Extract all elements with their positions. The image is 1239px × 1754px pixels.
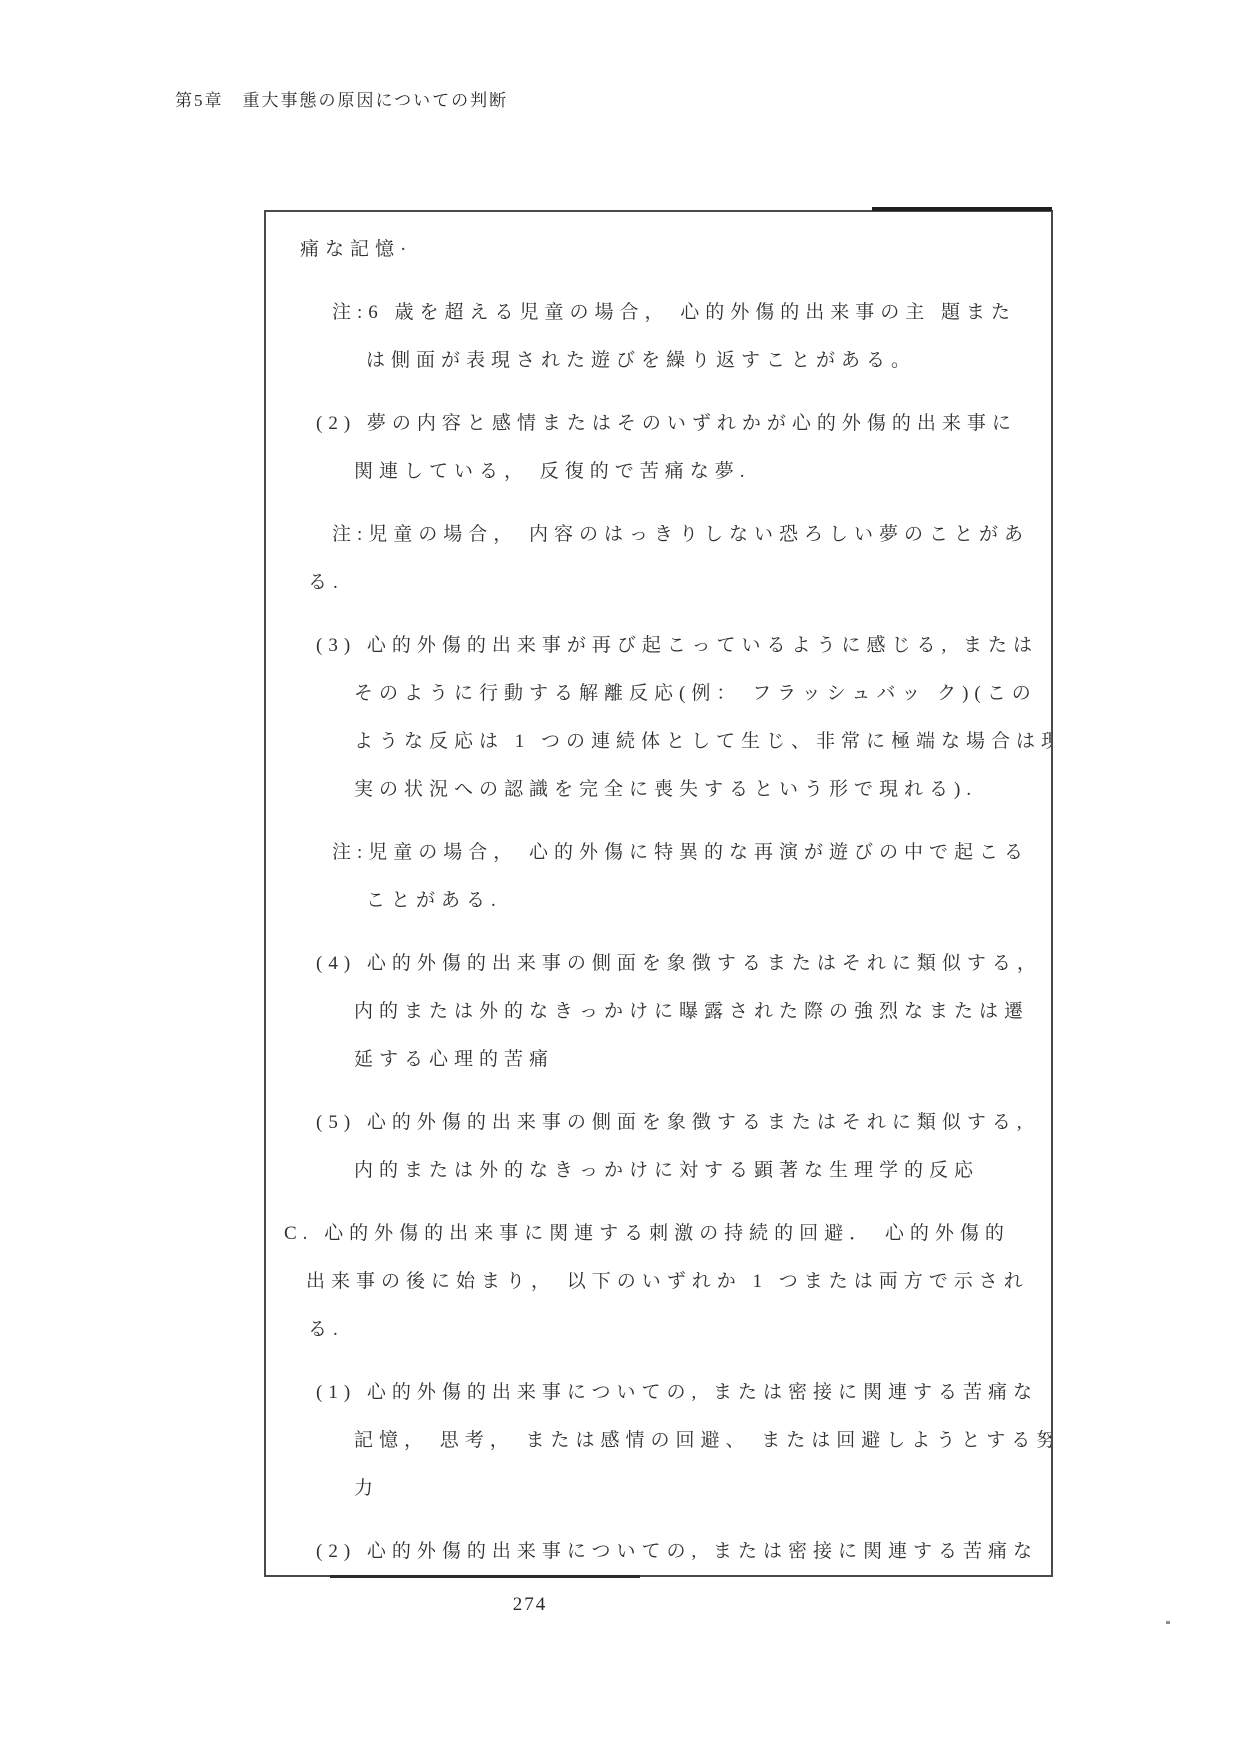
text-line: 関連している， 反復的で苦痛な夢. <box>266 448 1033 496</box>
text-line: 注:児童の場合， 内容のはっきりしない恐ろしい夢のことがあ <box>266 511 1033 559</box>
text-line: 内的または外的なきっかけに曝露された際の強烈なまたは遷 <box>266 988 1033 1036</box>
text-line: は側面が表現された遊びを繰り返すことがある。 <box>266 337 1033 385</box>
text-line: (3) 心的外傷的出来事が再び起こっているように感じる, または <box>266 622 1033 670</box>
text-line: (4) 心的外傷的出来事の側面を象徴するまたはそれに類似する， <box>266 940 1033 988</box>
text-line: (2) 夢の内容と感情またはそのいずれかが心的外傷的出来事に <box>266 400 1033 448</box>
paragraph: (2) 心的外傷的出来事についての, または密接に関連する苦痛な <box>266 1528 1033 1576</box>
paragraph: 痛な記憶· <box>266 226 1033 274</box>
paragraph: (5) 心的外傷的出来事の側面を象徴するまたはそれに類似する,内的または外的なき… <box>266 1099 1033 1195</box>
paragraph: (4) 心的外傷的出来事の側面を象徴するまたはそれに類似する，内的または外的なき… <box>266 940 1033 1084</box>
paragraph: C. 心的外傷的出来事に関連する刺激の持続的回避． 心的外傷的出来事の後に始まり… <box>266 1210 1033 1354</box>
text-line: (2) 心的外傷的出来事についての, または密接に関連する苦痛な <box>266 1528 1033 1576</box>
paragraph: 注:児童の場合， 心的外傷に特異的な再演が遊びの中で起こることがある. <box>266 829 1033 925</box>
text-line: 内的または外的なきっかけに対する顕著な生理学的反応 <box>266 1147 1033 1195</box>
paragraph: 注:6 歳を超える児童の場合， 心的外傷的出来事の主 題または側面が表現された遊… <box>266 289 1033 385</box>
text-line: 記憶， 思考， または感情の回避、 または回避しようとする努 <box>266 1417 1033 1465</box>
text-line: る. <box>266 559 1033 607</box>
text-line: る. <box>266 1306 1033 1354</box>
scan-artifact-bottom-border <box>330 1575 640 1578</box>
paragraph: (1) 心的外傷的出来事についての, または密接に関連する苦痛な記憶， 思考， … <box>266 1369 1033 1513</box>
text-line: 出来事の後に始まり， 以下のいずれか 1 つまたは両方で示され <box>266 1258 1033 1306</box>
scan-artifact-dot <box>1166 1621 1170 1624</box>
paragraph: (3) 心的外傷的出来事が再び起こっているように感じる, またはそのように行動す… <box>266 622 1033 814</box>
criteria-box: 痛な記憶·注:6 歳を超える児童の場合， 心的外傷的出来事の主 題または側面が表… <box>264 210 1053 1577</box>
paragraph: 注:児童の場合， 内容のはっきりしない恐ろしい夢のことがある. <box>266 511 1033 607</box>
text-line: ことがある. <box>266 877 1033 925</box>
text-line: C. 心的外傷的出来事に関連する刺激の持続的回避． 心的外傷的 <box>266 1210 1033 1258</box>
text-line: 実の状況への認識を完全に喪失するという形で現れる). <box>266 766 1033 814</box>
text-line: 力 <box>266 1465 1033 1513</box>
running-header: 第5章 重大事態の原因についての判断 <box>175 86 508 111</box>
text-line: そのように行動する解離反応(例： フラッシュバッ ク)(この <box>266 670 1033 718</box>
text-line: 延する心理的苦痛 <box>266 1036 1033 1084</box>
text-line: ような反応は 1 つの連続体として生じ、非常に極端な場合は現 <box>266 718 1033 766</box>
paragraph: (2) 夢の内容と感情またはそのいずれかが心的外傷的出来事に関連している， 反復… <box>266 400 1033 496</box>
text-line: 注:児童の場合， 心的外傷に特異的な再演が遊びの中で起こる <box>266 829 1033 877</box>
text-line: (1) 心的外傷的出来事についての, または密接に関連する苦痛な <box>266 1369 1033 1417</box>
scan-artifact-top-border <box>872 207 1052 211</box>
page-number: 274 <box>480 1594 580 1616</box>
text-line: 痛な記憶· <box>266 226 1033 274</box>
text-line: 注:6 歳を超える児童の場合， 心的外傷的出来事の主 題また <box>266 289 1033 337</box>
criteria-text: 痛な記憶·注:6 歳を超える児童の場合， 心的外傷的出来事の主 題または側面が表… <box>266 212 1051 1576</box>
text-line: (5) 心的外傷的出来事の側面を象徴するまたはそれに類似する, <box>266 1099 1033 1147</box>
